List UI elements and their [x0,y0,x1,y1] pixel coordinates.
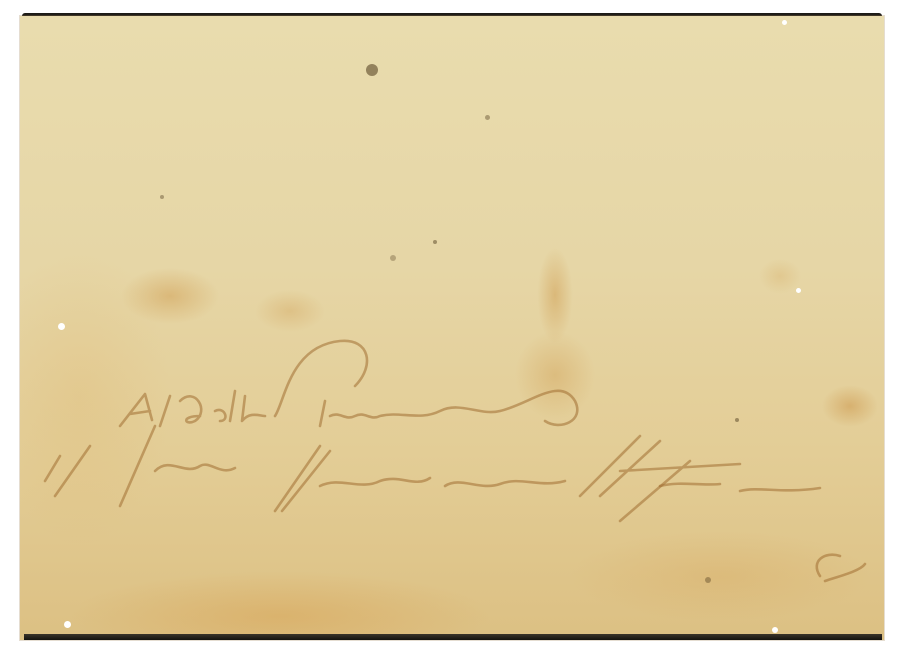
handwritten-address [20,16,884,640]
